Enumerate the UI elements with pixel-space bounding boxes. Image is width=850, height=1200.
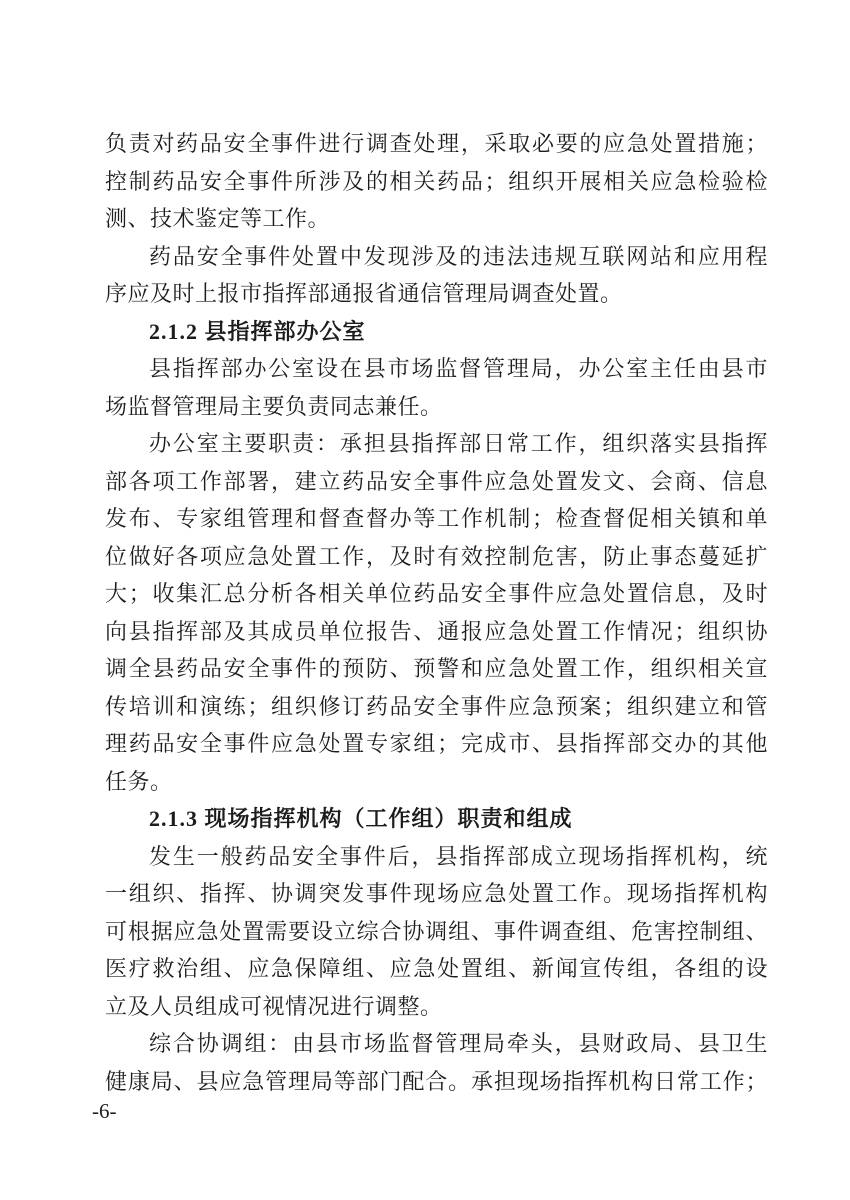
text-line: 位做好各项应急处置工作，及时有效控制危害，防止事态蔓延扩 — [105, 538, 768, 576]
text-line: 县指挥部办公室设在县市场监督管理局，办公室主任由县市 — [105, 350, 768, 388]
text-line: 发布、专家组管理和督查督办等工作机制；检查督促相关镇和单 — [105, 500, 768, 538]
text-line: 任务。 — [105, 763, 768, 801]
text-line: 场监督管理局主要负责同志兼任。 — [105, 388, 768, 426]
text-line: 传培训和演练；组织修订药品安全事件应急预案；组织建立和管 — [105, 688, 768, 726]
text-line: 健康局、县应急管理局等部门配合。承担现场指挥机构日常工作； — [105, 1063, 768, 1101]
paragraph: 药品安全事件处置中发现涉及的违法违规互联网站和应用程序应及时上报市指挥部通报省通… — [105, 238, 768, 313]
heading-line: 2.1.2 县指挥部办公室 — [105, 313, 768, 351]
text-line: 大；收集汇总分析各相关单位药品安全事件应急处置信息，及时 — [105, 575, 768, 613]
text-line: 可根据应急处置需要设立综合协调组、事件调查组、危害控制组、 — [105, 913, 768, 951]
text-line: 向县指挥部及其成员单位报告、通报应急处置工作情况；组织协 — [105, 613, 768, 651]
text-line: 测、技术鉴定等工作。 — [105, 200, 768, 238]
text-line: 理药品安全事件应急处置专家组；完成市、县指挥部交办的其他 — [105, 725, 768, 763]
text-line: 办公室主要职责：承担县指挥部日常工作，组织落实县指挥 — [105, 425, 768, 463]
text-line: 药品安全事件处置中发现涉及的违法违规互联网站和应用程 — [105, 238, 768, 276]
paragraph: 负责对药品安全事件进行调查处理，采取必要的应急处置措施；控制药品安全事件所涉及的… — [105, 125, 768, 238]
text-line: 调全县药品安全事件的预防、预警和应急处置工作，组织相关宣 — [105, 650, 768, 688]
text-line: 负责对药品安全事件进行调查处理，采取必要的应急处置措施； — [105, 125, 768, 163]
text-line: 控制药品安全事件所涉及的相关药品；组织开展相关应急检验检 — [105, 163, 768, 201]
section-heading: 2.1.2 县指挥部办公室 — [105, 313, 768, 351]
text-line: 部各项工作部署，建立药品安全事件应急处置发文、会商、信息 — [105, 463, 768, 501]
page-number: -6- — [92, 1097, 117, 1125]
paragraph: 发生一般药品安全事件后，县指挥部成立现场指挥机构，统一组织、指挥、协调突发事件现… — [105, 838, 768, 1026]
heading-line: 2.1.3 现场指挥机构（工作组）职责和组成 — [105, 800, 768, 838]
text-line: 医疗救治组、应急保障组、应急处置组、新闻宣传组，各组的设 — [105, 950, 768, 988]
text-line: 立及人员组成可视情况进行调整。 — [105, 988, 768, 1026]
paragraph: 综合协调组：由县市场监督管理局牵头，县财政局、县卫生健康局、县应急管理局等部门配… — [105, 1025, 768, 1100]
document-page: 负责对药品安全事件进行调查处理，采取必要的应急处置措施；控制药品安全事件所涉及的… — [0, 0, 850, 1200]
text-line: 一组织、指挥、协调突发事件现场应急处置工作。现场指挥机构 — [105, 875, 768, 913]
document-body: 负责对药品安全事件进行调查处理，采取必要的应急处置措施；控制药品安全事件所涉及的… — [105, 125, 768, 1100]
paragraph: 县指挥部办公室设在县市场监督管理局，办公室主任由县市场监督管理局主要负责同志兼任… — [105, 350, 768, 425]
section-heading: 2.1.3 现场指挥机构（工作组）职责和组成 — [105, 800, 768, 838]
text-line: 序应及时上报市指挥部通报省通信管理局调查处置。 — [105, 275, 768, 313]
text-line: 综合协调组：由县市场监督管理局牵头，县财政局、县卫生 — [105, 1025, 768, 1063]
text-line: 发生一般药品安全事件后，县指挥部成立现场指挥机构，统 — [105, 838, 768, 876]
paragraph: 办公室主要职责：承担县指挥部日常工作，组织落实县指挥部各项工作部署，建立药品安全… — [105, 425, 768, 800]
